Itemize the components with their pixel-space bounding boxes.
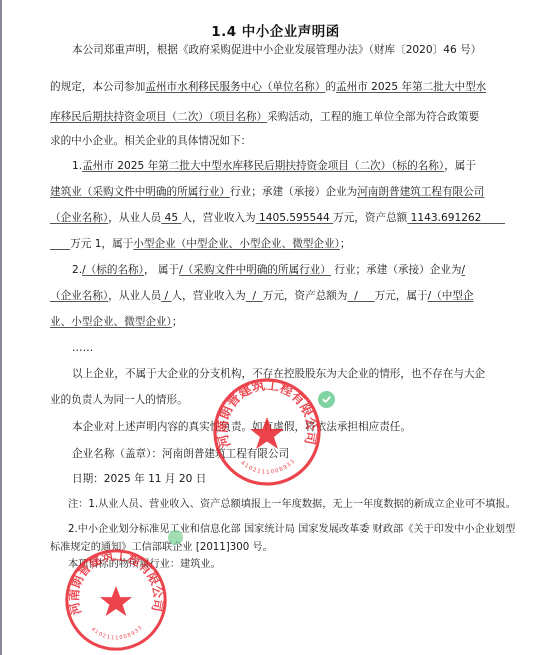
item2-company-label: （企业名称） xyxy=(50,290,108,302)
item-number: 2. xyxy=(72,264,82,276)
note-3: 本项目标的物所属行业：建筑业。 xyxy=(68,558,503,572)
item-text: 人，营业收入为 xyxy=(172,290,246,302)
item2-line-1: 2./（标的名称）， 属于/（采购文件中明确的所属行业） 行业；承建（承接）企业… xyxy=(72,263,485,277)
item-text: 万元，资产总额为 xyxy=(263,290,348,302)
intro-text: 采购活动，工程的施工单位全部为符合政策要 xyxy=(267,111,479,123)
statement-2: 本企业对上述声明内容的真实性负责。如有虚假，将依法承担相应责任。 xyxy=(72,420,485,434)
intro-text: 的规定，本公司参加 xyxy=(50,81,145,93)
intro-line-4: 求的中小企业。相关企业的具体情况如下： xyxy=(50,134,485,148)
signature-label: 企业名称（盖章）： xyxy=(72,448,162,460)
item2-staff-count: / xyxy=(161,290,171,302)
statement-1-line-2: 业的负责人为同一人的情形。 xyxy=(50,393,485,407)
note-1: 注：1.从业人员、营业收入、资产总额填报上一年度数据，无上一年度数据的新成立企业… xyxy=(68,498,503,512)
date-label: 日期： xyxy=(72,473,104,485)
intro-line-3: 库移民后期扶持资金项目（二次）（项目名称）采购活动，工程的施工单位全部为符合政策… xyxy=(50,110,485,124)
item1-line-1: 1.孟州市 2025 年第二批大中型水库移民后期扶持资金项目（二次）（标的名称）… xyxy=(72,159,485,173)
item2-company: / xyxy=(462,264,466,276)
statement-1-line-1: 以上企业，不属于大企业的分支机构，不存在控股股东为大企业的情形，也不存在与大企 xyxy=(72,367,485,381)
item-text: ； xyxy=(340,238,351,250)
project-name: 库移民后期扶持资金项目（二次）（项目名称） xyxy=(50,111,267,123)
item-text: 行业；承建（承接）企业为 xyxy=(331,264,462,276)
item-text: 万元，属于 xyxy=(375,290,428,302)
item2-line-2: （企业名称），从业人员 / 人，营业收入为 / 万元，资产总额为 / 万元，属于… xyxy=(50,289,485,303)
item1-staff-count: 45 xyxy=(161,212,181,224)
item-text: 万元，资产总额 xyxy=(333,212,407,224)
item1-subject: 孟州市 2025 年第二批大中型水库移民后期扶持资金项目（二次）（标的名称） xyxy=(82,160,444,172)
signature-line: 企业名称（盖章）：河南朗普建筑工程有限公司 xyxy=(72,447,485,461)
document-page: 1.4 中小企业声明函 本公司郑重声明，根据《政府采购促进中小企业发展管理办法》… xyxy=(0,0,551,655)
intro-text: 的 xyxy=(325,81,336,93)
green-marker-dot[interactable] xyxy=(168,530,183,545)
item2-industry: /（采购文件中明确的所属行业） xyxy=(179,264,331,276)
item-text: ， 属于 xyxy=(144,264,179,276)
item1-company: 河南朗普建筑工程有限公司 xyxy=(357,186,484,198)
item-text: ，属于 xyxy=(444,160,476,172)
date-line: 日期：2025 年 11 月 20 日 xyxy=(72,472,485,486)
intro-line-2: 的规定，本公司参加孟州市水利移民服务中心（单位名称）的孟州市 2025 年第二批… xyxy=(50,80,485,94)
item2-revenue: / xyxy=(246,290,263,302)
item2-assets: / xyxy=(348,290,375,302)
signature-company: 河南朗普建筑工程有限公司 xyxy=(162,448,289,460)
seal-company-text: 河南朗普建筑工程有限公司 xyxy=(215,377,320,449)
item-text: ，从业人员 xyxy=(108,290,161,302)
checkmark-icon xyxy=(321,394,332,405)
item1-assets: 1143.691262 xyxy=(407,212,505,224)
date-value: 2025 年 11 月 20 日 xyxy=(104,473,207,485)
item1-revenue: 1405.595544 xyxy=(256,212,334,224)
item-text: 万元 1，属于 xyxy=(70,238,133,250)
item-text: 行业；承建（承接）企业为 xyxy=(230,186,357,198)
buyer-name: 孟州市水利移民服务中心（单位名称） xyxy=(145,81,325,93)
item1-line-4: 万元 1，属于小型企业（中型企业、小型企业、微型企业）； xyxy=(50,237,485,251)
item-text: ，从业人员 xyxy=(108,212,161,224)
intro-line-1: 本公司郑重声明，根据《政府采购促进中小企业发展管理办法》（财库〔2020〕46 … xyxy=(72,43,485,57)
seal-code-text: 4102111008933 xyxy=(90,624,145,641)
verified-check-icon[interactable] xyxy=(318,391,335,408)
item2-subject: /（标的名称） xyxy=(82,264,144,276)
item1-line-2: 建筑业（采购文件中明确的所属行业）行业；承建（承接）企业为河南朗普建筑工程有限公… xyxy=(50,185,485,199)
item2-category: /（中型企 xyxy=(428,290,474,302)
page-title: 1.4 中小企业声明函 xyxy=(0,20,551,40)
item2-category: 业、小型企业、微型企业） xyxy=(50,316,172,328)
note-2-line-1: 2.中小企业划分标准见工业和信息化部 国家统计局 国家发展改革委 财政部《关于印… xyxy=(68,523,503,537)
item-text: 人，营业收入为 xyxy=(181,212,255,224)
item2-line-3: 业、小型企业、微型企业）； xyxy=(50,315,485,329)
ellipsis: …… xyxy=(72,341,485,355)
item1-industry: 建筑业（采购文件中明确的所属行业） xyxy=(50,186,230,198)
svg-text:河南朗普建筑工程有限公司: 河南朗普建筑工程有限公司 xyxy=(215,377,320,449)
item1-category: 小型企业（中型企业、小型企业、微型企业） xyxy=(133,238,340,250)
item-number: 1. xyxy=(72,160,82,172)
project-name: 孟州市 2025 年第二批大中型水 xyxy=(336,81,486,93)
item1-assets-tail xyxy=(50,238,70,250)
svg-text:4102111008933: 4102111008933 xyxy=(90,624,145,641)
item-text: ； xyxy=(172,316,183,328)
item1-company-label: （企业名称） xyxy=(50,212,108,224)
note-2-line-2: 标准规定的通知》工信部联企业 [2011]300 号。 xyxy=(50,541,485,555)
item1-line-3: （企业名称），从业人员 45 人，营业收入为 1405.595544 万元，资产… xyxy=(50,211,485,225)
